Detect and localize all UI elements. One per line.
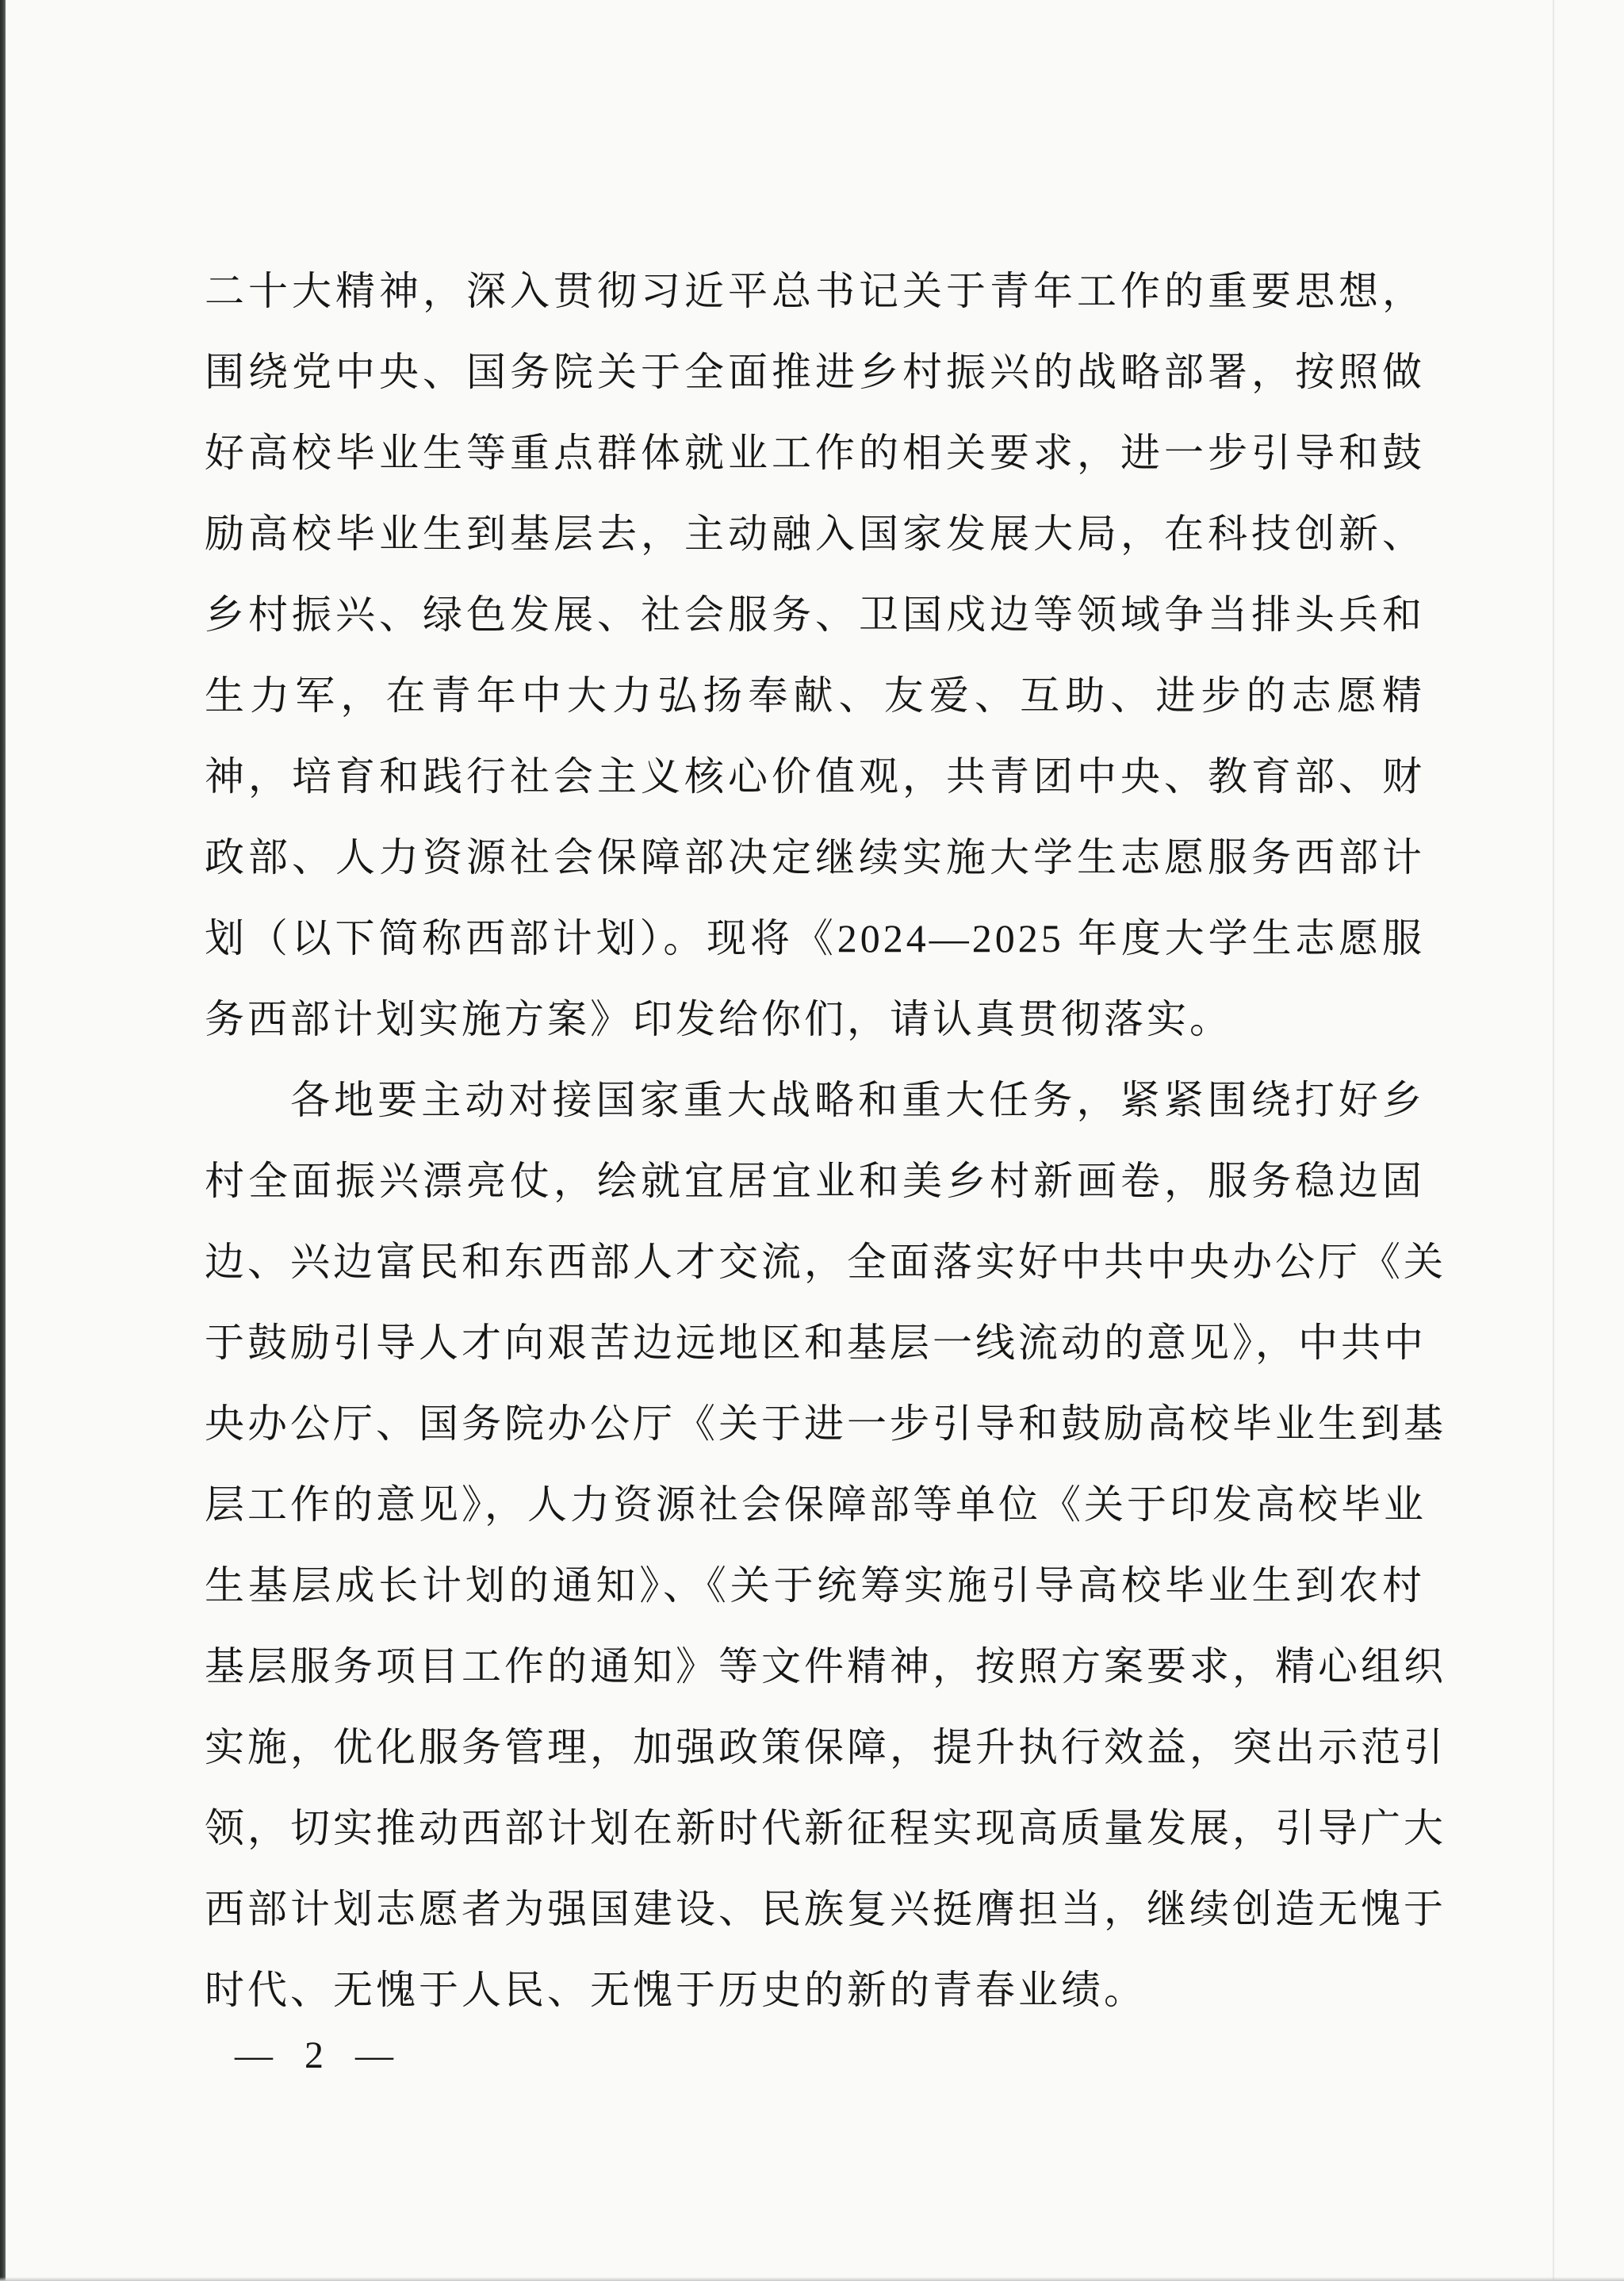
text-line: 二十大精神，深入贯彻习近平总书记关于青年工作的重要思想， — [205, 251, 1425, 332]
text-line: 划（以下简称西部计划）。现将《2024—2025 年度大学生志愿服 — [205, 898, 1425, 979]
scan-edge-shadow-bottom — [0, 2277, 1624, 2281]
text-line: 村全面振兴漂亮仗，绘就宜居宜业和美乡村新画卷，服务稳边固 — [205, 1140, 1425, 1221]
text-line: 务西部计划实施方案》印发给你们，请认真贯彻落实。 — [205, 979, 1425, 1060]
text-line: 基层服务项目工作的通知》等文件精神，按照方案要求，精心组织 — [205, 1626, 1425, 1707]
text-line: 政部、人力资源社会保障部决定继续实施大学生志愿服务西部计 — [205, 817, 1425, 898]
text-line: 时代、无愧于人民、无愧于历史的新的青春业绩。 — [205, 1949, 1425, 2030]
text-line: 围绕党中央、国务院关于全面推进乡村振兴的战略部署，按照做 — [205, 332, 1425, 412]
text-line: 层工作的意见》，人力资源社会保障部等单位《关于印发高校毕业 — [205, 1464, 1425, 1545]
text-line: 生基层成长计划的通知》、《关于统筹实施引导高校毕业生到农村 — [205, 1545, 1425, 1626]
scanned-document-page: 二十大精神，深入贯彻习近平总书记关于青年工作的重要思想，围绕党中央、国务院关于全… — [0, 0, 1624, 2281]
text-line: 励高校毕业生到基层去，主动融入国家发展大局，在科技创新、 — [205, 493, 1425, 574]
scan-edge-shadow-left — [0, 0, 6, 2281]
text-line: 实施，优化服务管理，加强政策保障，提升执行效益，突出示范引 — [205, 1707, 1425, 1788]
text-line: 央办公厅、国务院办公厅《关于进一步引导和鼓励高校毕业生到基 — [205, 1383, 1425, 1464]
text-line: 边、兴边富民和东西部人才交流，全面落实好中共中央办公厅《关 — [205, 1221, 1425, 1302]
document-text-block: 二十大精神，深入贯彻习近平总书记关于青年工作的重要思想，围绕党中央、国务院关于全… — [205, 251, 1425, 2030]
text-line: 领，切实推动西部计划在新时代新征程实现高质量发展，引导广大 — [205, 1788, 1425, 1869]
text-line: 好高校毕业生等重点群体就业工作的相关要求，进一步引导和鼓 — [205, 412, 1425, 493]
text-line: 生力军，在青年中大力弘扬奉献、友爱、互助、进步的志愿精 — [205, 655, 1425, 736]
text-line: 于鼓励引导人才向艰苦边远地区和基层一线流动的意见》，中共中 — [205, 1302, 1425, 1383]
scan-artifact-line-right — [1553, 0, 1554, 2281]
text-line: 各地要主动对接国家重大战略和重大任务，紧紧围绕打好乡 — [205, 1060, 1425, 1140]
text-line: 西部计划志愿者为强国建设、民族复兴挺膺担当，继续创造无愧于 — [205, 1869, 1425, 1949]
text-line: 乡村振兴、绿色发展、社会服务、卫国戍边等领域争当排头兵和 — [205, 574, 1425, 655]
page-number: — 2 — — [235, 2027, 404, 2084]
text-line: 神，培育和践行社会主义核心价值观，共青团中央、教育部、财 — [205, 736, 1425, 817]
